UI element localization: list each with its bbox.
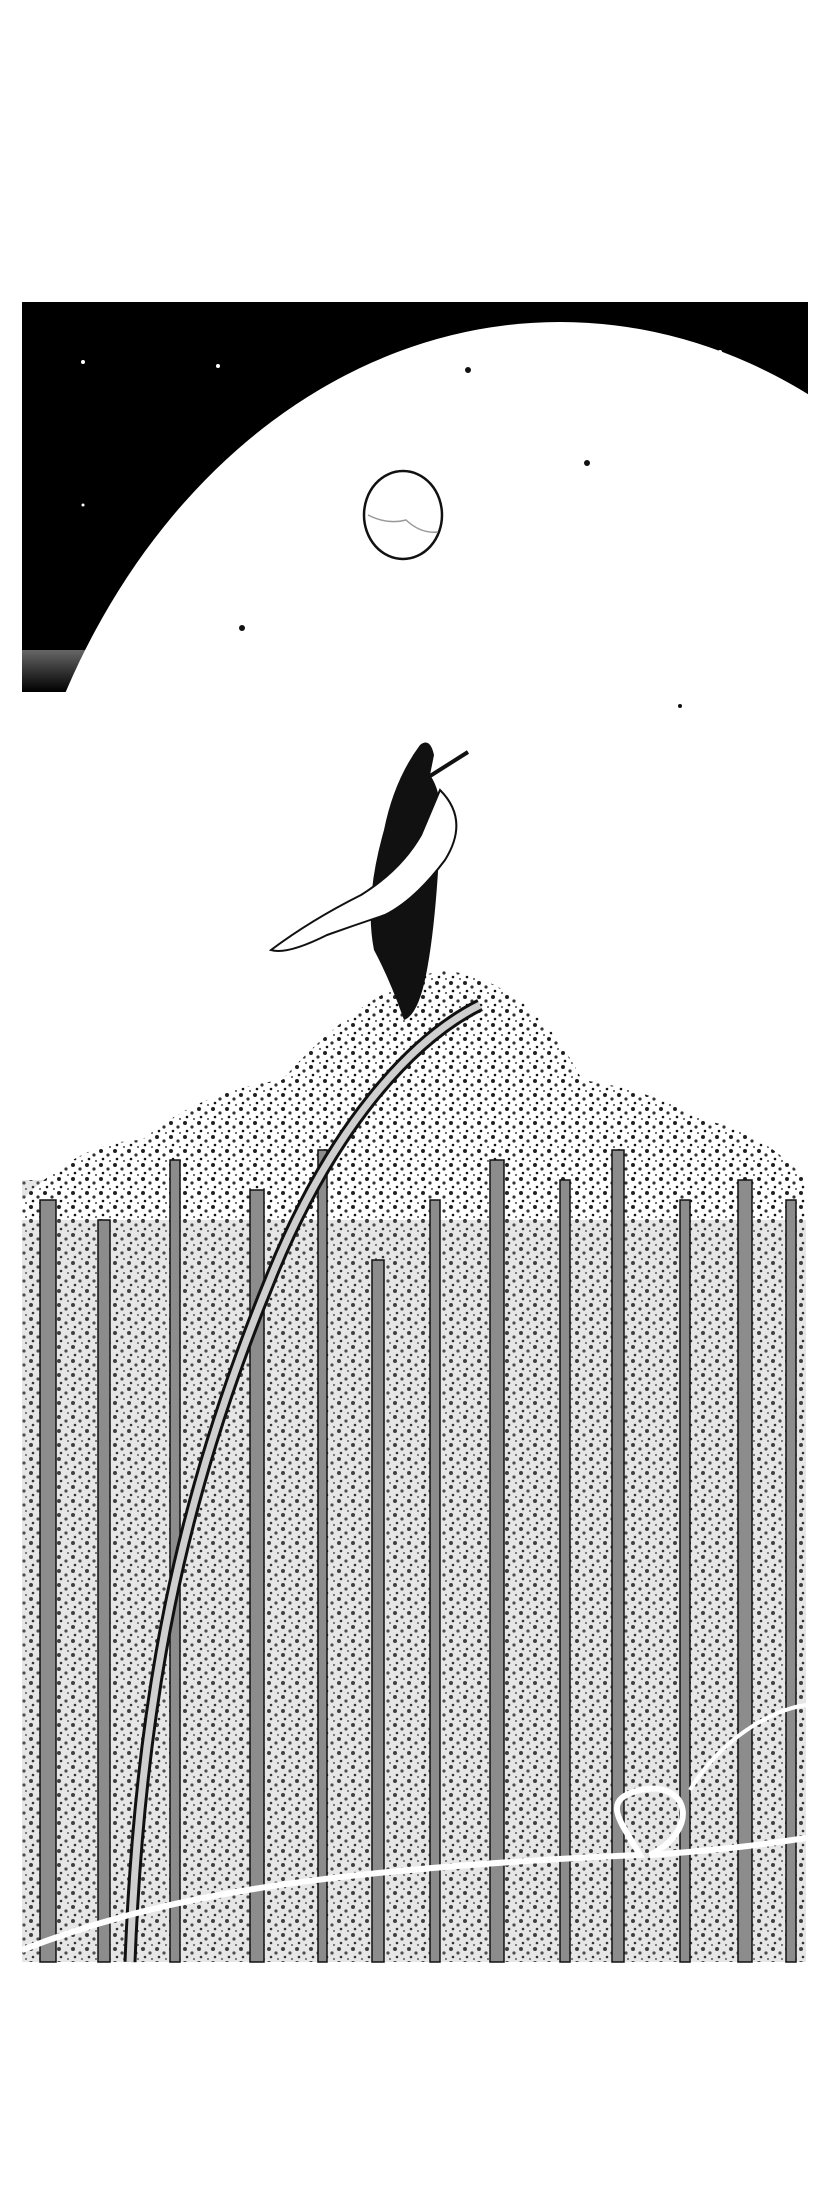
moon-icon [364, 471, 442, 559]
comic-artwork [0, 0, 828, 2191]
